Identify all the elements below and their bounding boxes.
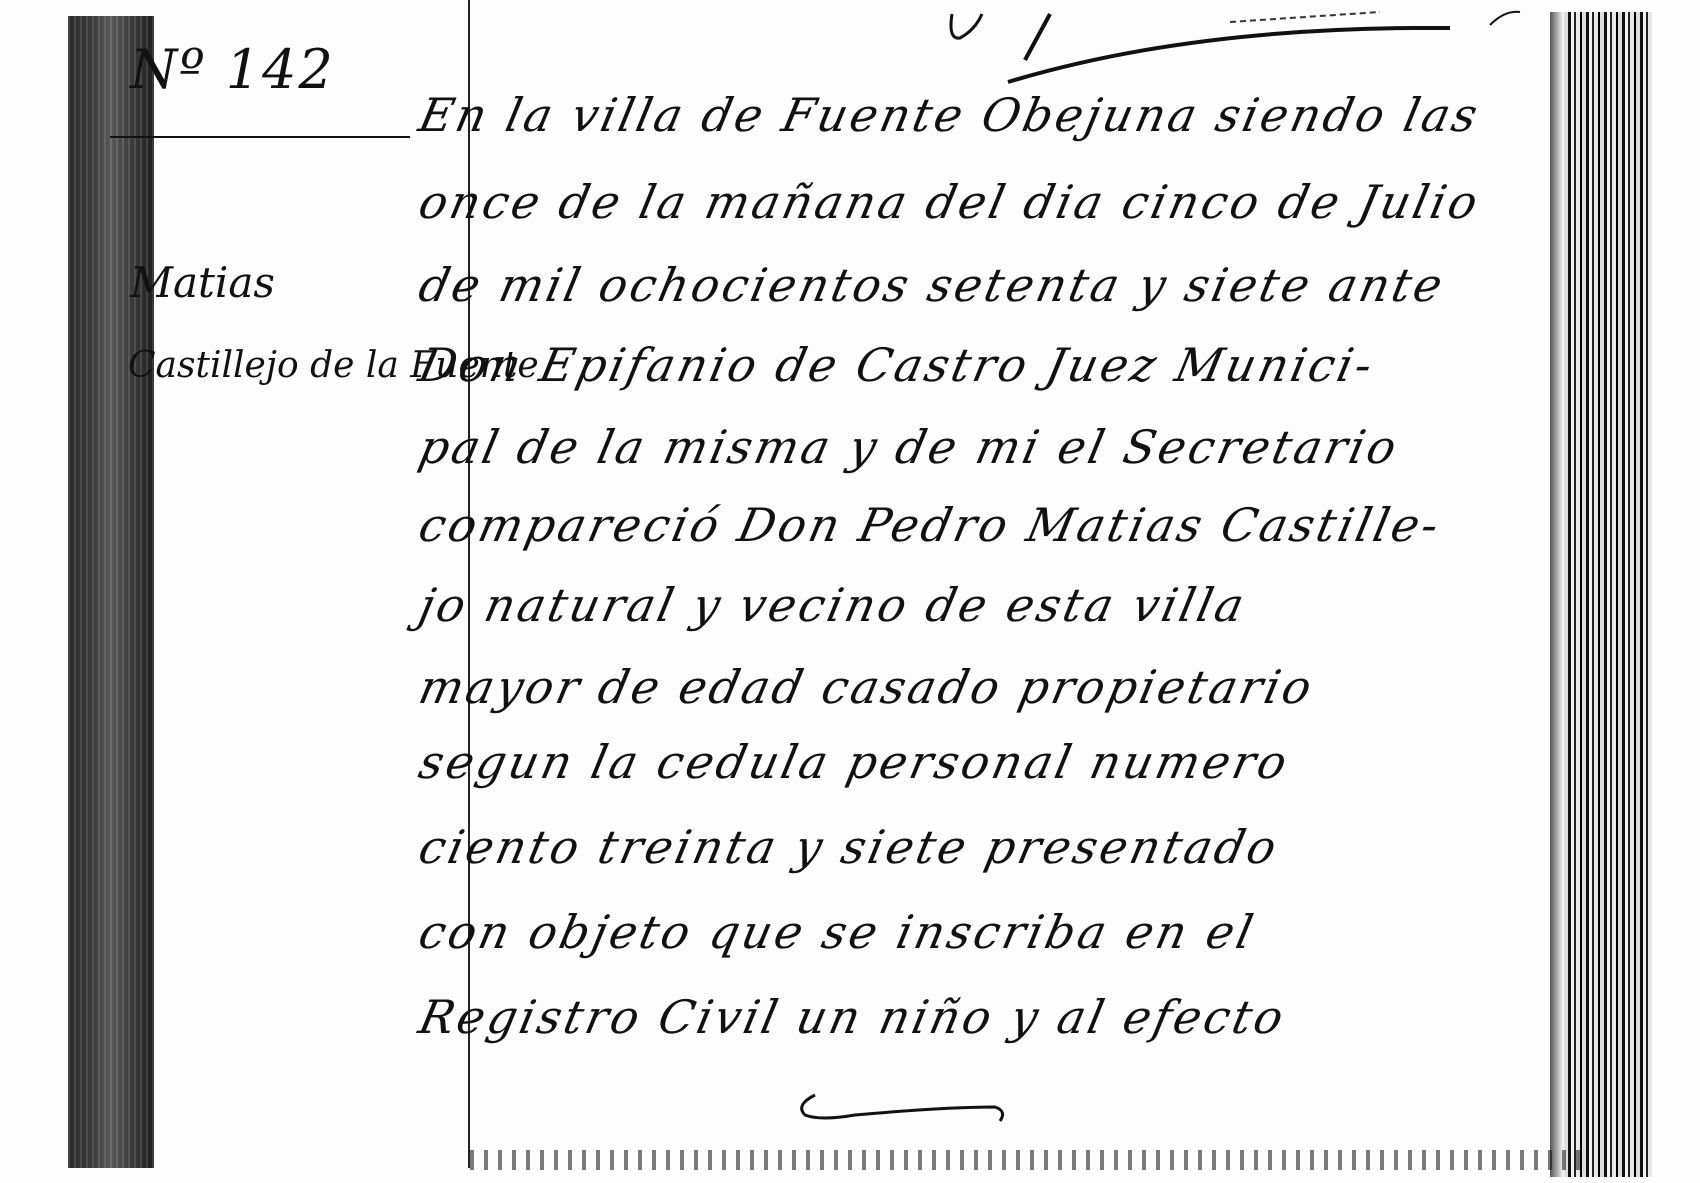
folio-number: Nº 142 [130, 38, 335, 101]
end-flourish-icon [795, 1085, 1015, 1125]
margin-given-name: Matias [130, 258, 275, 307]
text-line-6: compareció Don Pedro Matias Castille- [414, 498, 1446, 552]
bottom-page-edge [470, 1150, 1590, 1170]
scanned-page: Nº 142 Matias Castillejo de la Fuente En… [0, 0, 1700, 1183]
right-binding-edge [1550, 12, 1652, 1177]
text-line-9: segun la cedula personal numero [414, 735, 1294, 789]
text-line-7: jo natural y vecino de esta villa [414, 578, 1251, 632]
text-line-10: ciento treinta y siete presentado [414, 820, 1284, 874]
top-flourish-icon [930, 0, 1550, 90]
text-line-1: En la villa de Fuente Obejuna siendo las [414, 88, 1485, 142]
header-rule [110, 136, 410, 138]
text-line-5: pal de la misma y de mi el Secretario [414, 420, 1404, 474]
text-line-8: mayor de edad casado propietario [414, 660, 1319, 714]
text-line-12: Registro Civil un niño y al efecto [414, 990, 1291, 1044]
text-line-4: Don Epifanio de Castro Juez Munici- [414, 338, 1380, 392]
text-line-2: once de la mañana del dia cinco de Julio [414, 175, 1485, 229]
left-binding-edge [68, 16, 154, 1168]
text-line-11: con objeto que se inscriba en el [414, 905, 1260, 959]
text-line-3: de mil ochocientos setenta y siete ante [414, 258, 1450, 312]
